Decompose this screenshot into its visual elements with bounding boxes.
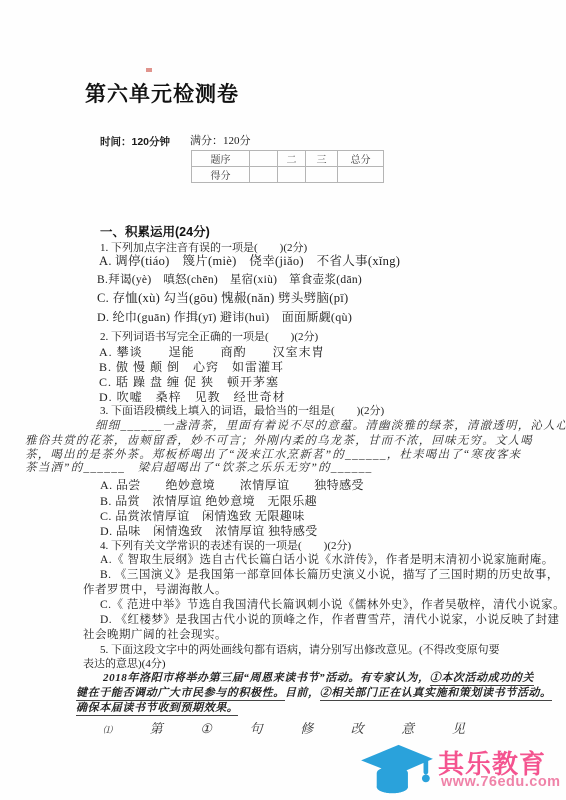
q3-passage-line: 雅俗共赏的花茶，齿颊留香，妙不可言；外刚内柔的乌龙茶，甘而不浓，回味无穷。文人喝 xyxy=(25,435,533,448)
q2-option-c: C. 聒 躁 盘 缠 促 狭 顿开茅塞 xyxy=(99,376,279,389)
score-table: 题序 二 三 总分 得分 xyxy=(191,150,384,183)
q5-passage-text: 目前， xyxy=(285,687,320,699)
q3-option-d: D. 品味 闲情逸致 浓情厚谊 独特感受 xyxy=(100,525,318,538)
score-table-cell xyxy=(250,167,278,183)
answer-row-item: 意 xyxy=(401,718,414,737)
q1-option-b: B.拜谒(yè) 嗔怒(chēn) 星宿(xiù) 箪食壶浆(dān) xyxy=(97,274,362,287)
section-1-heading: 一、积累运用(24分) xyxy=(100,226,210,239)
q1-option-c: C. 存恤(xù) 勾当(gōu) 愧赧(nǎn) 劈头劈脑(pī) xyxy=(97,292,348,305)
q5-stem-cont: 表达的意思)(4分) xyxy=(83,658,166,671)
q4-option-c: C.《 范进中举》节选自我国清代长篇讽刺小说《儒林外史》，作者吴敬梓，清代小说家… xyxy=(100,599,565,612)
page-title: 第六单元检测卷 xyxy=(85,78,239,108)
q5-underlined-sentence-1-cont: 键在于能否调动广大市民参与的积极性。 xyxy=(76,687,285,701)
score-table-score-row: 得分 xyxy=(192,167,384,183)
answer-row-item: 第 xyxy=(150,718,163,737)
q3-option-c: C. 品赏浓情厚谊 闲情逸致 无限趣味 xyxy=(100,510,305,523)
q2-stem: 2. 下列词语书写完全正确的一项是( )(2分) xyxy=(100,331,318,344)
full-score-label: 满分：120分 xyxy=(190,132,251,148)
q3-passage-line: 细细______一盏清茶，里面有着说不尽的意蕴。清幽淡雅的绿茶，清澈透明，沁人心… xyxy=(95,420,566,433)
q5-stem: 5. 下面这段文字中的两处画线句都有语病，请分别写出修改意见。(不得改变原句要 xyxy=(100,644,500,657)
answer-row-item: 改 xyxy=(351,718,364,737)
score-table-cell xyxy=(338,167,384,183)
brand-url: www.76edu.com xyxy=(441,774,561,790)
q5-passage-line: 键在于能否调动广大市民参与的积极性。目前，②相关部门正在认真实施和策划读书节活动… xyxy=(76,687,552,700)
graduation-cap-icon xyxy=(358,740,436,800)
q1-option-a: A. 调停(tiáo) 篾片(miè) 侥幸(jiǎo) 不省人事(xǐng) xyxy=(99,255,400,268)
answer-row-item: 见 xyxy=(452,718,465,737)
q2-option-d: D. 吹嘘 桑梓 见教 经世奇材 xyxy=(99,391,286,404)
answer-row-item: ① xyxy=(200,721,212,737)
q5-answer-row: ⑴ 第 ① 句 修 改 意 见 xyxy=(103,718,465,737)
score-table-cell xyxy=(278,167,306,183)
score-table-cell: 得分 xyxy=(192,167,250,183)
q3-passage-line: 茶当酒”的______ 梁启超喝出了“饮茶之乐乐无穷”的______ xyxy=(25,462,373,475)
q4-option-a: A.《 智取生辰纲》选自古代长篇白话小说《水浒传》，作者是明末清初小说家施耐庵。 xyxy=(100,554,554,567)
q3-option-b: B. 品赏 浓情厚谊 绝妙意境 无限乐趣 xyxy=(100,495,317,508)
q5-passage-line: 确保本届读书节收到预期效果。 xyxy=(76,702,238,715)
q4-option-b: B. 《三国演义》是我国第一部章回体长篇历史演义小说，描写了三国时期的历史故事， xyxy=(100,569,559,582)
score-table-cell xyxy=(306,167,338,183)
q4-option-d-cont: 社会晚期广阔的社会现实。 xyxy=(83,629,227,642)
score-table-header-row: 题序 二 三 总分 xyxy=(192,151,384,167)
q3-passage-line: 茶，喝出的是茶外茶。郑板桥喝出了“汲来江水烹新茗”的______，杜耒喝出了“寒… xyxy=(25,449,521,462)
red-ink-mark xyxy=(146,68,152,72)
q2-option-b: B. 傲 慢 颠 倒 心窍 如雷灌耳 xyxy=(99,361,284,374)
score-table-cell: 题序 xyxy=(192,151,250,167)
answer-row-item: 修 xyxy=(300,718,313,737)
exam-paper-page: 第六单元检测卷 时间：120分钟 满分：120分 题序 二 三 总分 得分 一、… xyxy=(0,0,566,800)
q3-stem: 3. 下面语段横线上填入的词语，最恰当的一组是( )(2分) xyxy=(100,405,384,418)
answer-row-item: ⑴ xyxy=(103,723,112,737)
publisher-logo: 其乐教育 www.76edu.com xyxy=(358,740,558,798)
score-table-cell: 三 xyxy=(306,151,338,167)
q4-option-b-cont: 作者罗贯中，号湖海散人。 xyxy=(83,584,227,597)
score-table-cell: 总分 xyxy=(338,151,384,167)
time-limit-label: 时间：120分钟 xyxy=(100,136,170,148)
score-table-cell: 二 xyxy=(278,151,306,167)
q5-passage-line: 2018年洛阳市将举办第三届“周恩来读书节”活动。有专家认为，①本次活动成功的关 xyxy=(103,672,534,685)
q4-stem: 4. 下列有关文学常识的表述有误的一项是( )(2分) xyxy=(100,540,351,553)
q3-option-a: A. 品尝 绝妙意境 浓情厚谊 独特感受 xyxy=(100,479,364,492)
q2-option-a: A. 攀谈 逞能 商酌 汉室末胄 xyxy=(99,346,325,359)
q5-underlined-sentence-2: ②相关部门正在认真实施和策划读书节活动。 xyxy=(320,687,552,701)
q5-underlined-sentence-1: ①本次活动成功的关 xyxy=(430,672,534,686)
q1-option-d: D. 纶巾(guān) 作揖(yī) 避讳(huì) 面面厮觑(qù) xyxy=(97,311,352,324)
q5-underlined-sentence-2-cont: 确保本届读书节收到预期效果。 xyxy=(76,702,238,716)
q5-passage-text: 2018年洛阳市将举办第三届“周恩来读书节”活动。有专家认为， xyxy=(103,672,430,684)
q4-option-d: D. 《红楼梦》是我国古代小说的顶峰之作，作者曹雪芹，清代小说家，小说反映了封建 xyxy=(100,614,560,627)
exam-meta: 时间：120分钟 满分：120分 xyxy=(100,134,170,149)
score-table-cell xyxy=(250,151,278,167)
answer-row-item: 句 xyxy=(249,718,262,737)
